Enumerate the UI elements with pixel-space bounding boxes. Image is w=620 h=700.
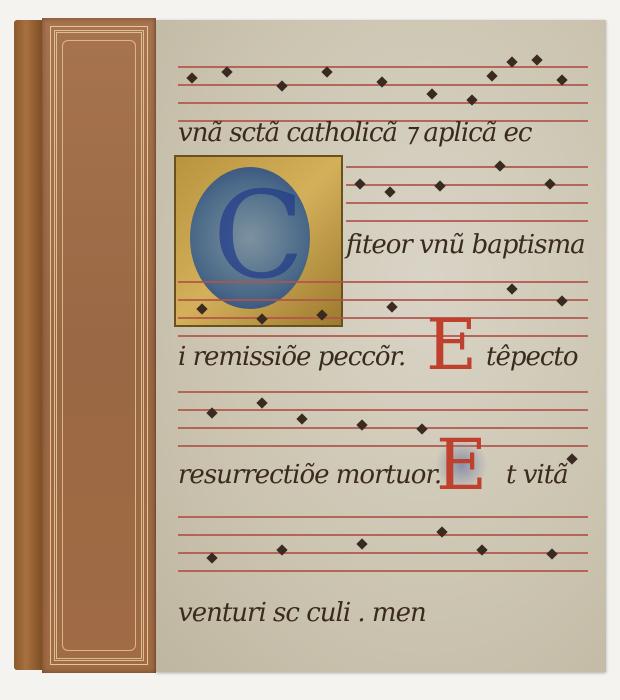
- lyric-line: venturi sc culi . men: [178, 598, 426, 628]
- lyric-line: têpecto: [486, 342, 578, 372]
- lyric-line: vnã sctã catholicã ⁊ aplicã ec: [178, 118, 531, 148]
- lyric-line: t vitã: [506, 460, 568, 490]
- bound-manuscript: vnã sctã catholicã ⁊ aplicã ec fiteor vn…: [14, 18, 608, 678]
- gilt-panel: [62, 40, 136, 651]
- rubric-initial: E: [426, 310, 477, 380]
- rubric-initial: E: [436, 430, 487, 500]
- parchment-leaf: vnã sctã catholicã ⁊ aplicã ec fiteor vn…: [156, 20, 606, 672]
- lyric-line: fiteor vnũ baptisma: [346, 230, 585, 260]
- lyric-line: resurrectiõe mortuor.: [178, 460, 441, 490]
- lyric-line: i remissiõe peccõr.: [178, 342, 405, 372]
- leather-spine: [14, 20, 44, 670]
- tooled-leather-board: [42, 18, 156, 673]
- illuminated-initial: C: [174, 155, 343, 327]
